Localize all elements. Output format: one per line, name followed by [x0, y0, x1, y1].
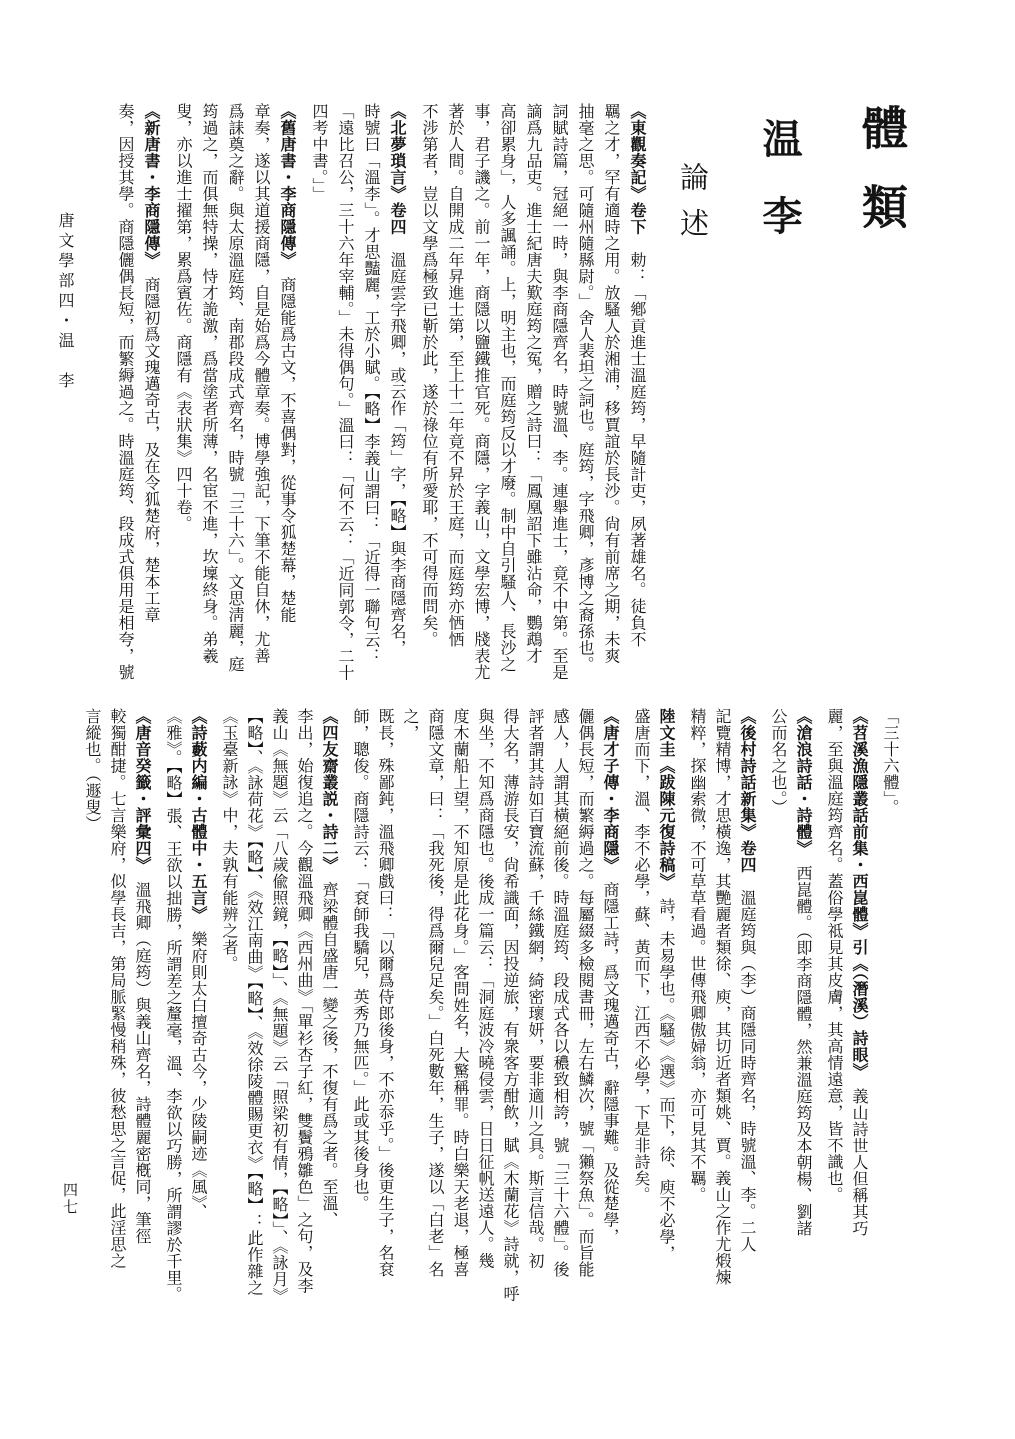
text-column: 叟，亦以進士擢第，累爲賓佐。商隱有《表狀集》四十卷。 [170, 103, 196, 695]
text-column: 時號曰「溫李」。才思豔麗，工於小賦。【略】李義山謂曰：「近得一聯句云： [358, 103, 384, 695]
text-column: 得大名，薄游長安，尙希識面，因投逆旅，有衆客方酣飲，賦《木蘭花》詩就，呼 [498, 708, 523, 1310]
chapter-subtitle: 温李 [757, 118, 801, 272]
text-column: 四考中書。」」 [306, 103, 332, 695]
body-text: 評者謂其詩如百寶流蘇，千絲鐵網，綺密瓌妍，要非適川之具。斯言信哉。初 [526, 708, 545, 1269]
text-column: 爲誄奠之辭。與太原溫庭筠、南郡段成式齊名，時號「三十六」。文思淸麗，庭 [222, 103, 248, 695]
text-column: 儷偶長短，而繁縟過之。每屬綴多檢閱書冊，左右鱗次，號「獺祭魚」。而旨能 [573, 708, 598, 1310]
text-column: 詞賦詩篇，冠絕一時，與李商隱齊名，時號溫、李。連舉進士，竟不中第。至是 [546, 103, 572, 695]
body-text: 勅：「鄕貢進士溫庭筠，早隨計吏，夙著雄名。徒負不 [628, 235, 647, 648]
body-text: 《雅》。【略】張、王欲以拙勝，所謂差之釐毫，溫、李欲以巧勝，所謂謬於千里。 [164, 708, 183, 1303]
body-text: 度木蘭船上望，不知原是此花身。」客問姓名，大驚稱罪。時白樂天老退，極喜 [451, 708, 470, 1278]
body-text: 筠過之，而俱無特操，恃才詭激，爲當塗者所薄，名宦不進，坎壈終身。弟羲 [200, 103, 219, 664]
text-column: 盛唐而下，溫、李不必學，蘇、黃而下，江西不必學，下是非詩矣。 [629, 708, 654, 1310]
body-text: 溫庭雲字飛卿，或云作「筠」字，【略】與李商隱齊名， [388, 235, 407, 656]
body-text: 爲誄奠之辭。與太原溫庭筠、南郡段成式齊名，時號「三十六」。文思淸麗，庭 [226, 103, 245, 673]
body-text: 羈之才，罕有適時之用。放騷人於湘浦，移賈誼於長沙。尙有前席之期，未爽 [602, 103, 621, 664]
body-text: 李出，始復追之。今觀溫飛卿《西州曲》「單衫杏子紅，雙鬢鴉雛色」之句，及李 [295, 708, 314, 1294]
text-column: 筠過之，而俱無特操，恃才詭激，爲當塗者所薄，名宦不進，坎壈終身。弟羲 [196, 103, 222, 695]
body-text: 詩，未易學也。《騷》《選》而下，徐、庾不必學， [657, 882, 676, 1262]
text-column: 章奏，遂以其道援商隱，自是始爲今體章奏。博學強記，下筆不能自休，尤善 [248, 103, 274, 695]
lower-text-block: 「三十六體」。《苕溪漁隱叢話前集・西崑體》引《（潛溪）詩眼》 義山詩世人但稱其巧… [80, 708, 903, 1310]
body-text: 溫庭筠與（李）商隱同時齊名，時號溫、李。二人 [738, 873, 757, 1253]
text-column: 謫爲九品吏。進士紀唐夫歎庭筠之冤，贈之詩曰：「鳳凰詔下雖沾命，鸚鵡才 [520, 103, 546, 695]
body-text: 較獨酣捷。七言樂府，似學長吉，第局脈緊慢稍殊，彼愁思之言促，此淫思之 [108, 708, 127, 1269]
body-text: 著於人間。自開成二年昇進士第，至上十二年竟不昇於王庭，而庭筠亦恓恓 [446, 103, 465, 648]
text-column: 羈之才，罕有適時之用。放騷人於湘浦，移賈誼於長沙。尙有前席之期，未爽 [598, 103, 624, 695]
text-column: 《新唐書・李商隱傳》 商隱初爲文瑰邁奇古，及在令狐楚府，楚本工章 [138, 103, 164, 695]
body-text: 儷偶長短，而繁縟過之。每屬綴多檢閱書冊，左右鱗次，號「獺祭魚」。而旨能 [576, 708, 595, 1278]
text-column: 度木蘭船上望，不知原是此花身。」客問姓名，大驚稱罪。時白樂天老退，極喜 [448, 708, 473, 1310]
text-column: 評者謂其詩如百寶流蘇，千絲鐵網，綺密瓌妍，要非適川之具。斯言信哉。初 [523, 708, 548, 1310]
text-column: 與坐，不知爲商隱也。後成一篇云：「洞庭波冷曉侵雲，日日征帆送遠人。幾 [473, 708, 498, 1310]
body-text: 言縱也。（遯叟） [83, 708, 102, 832]
source-title-text: 《四友齋叢説・詩二》 [320, 708, 339, 865]
body-text: 《玉臺新詠》中，夫孰有能辨之者。 [220, 708, 239, 972]
text-column: 麗，至與溫庭筠齊名。蓋俗學祗見其皮膚，其高情遠意，皆不識也。 [822, 708, 847, 1310]
text-column: 陸文圭《跋陳元復詩稿》 詩，未易學也。《騷》《選》而下，徐、庾不必學， [654, 708, 679, 1310]
text-column: 《後村詩話新集》卷四 溫庭筠與（李）商隱同時齊名，時號溫、李。二人 [735, 708, 760, 1310]
text-column: 著於人間。自開成二年昇進士第，至上十二年竟不昇於王庭，而庭筠亦恓恓 [442, 103, 468, 695]
body-text: 齊梁體自盛唐一變之後，不復有爲之者。至溫、 [320, 865, 339, 1228]
body-text: 商隱能爲古文，不喜偶對，從事令狐楚幕，楚能 [278, 260, 297, 623]
text-column: 義山《無題》云「八歲偸照鏡，【略】」、《無題》云「照梁初有情，【略】」、《詠月》 [267, 708, 292, 1310]
page-number: 四七 [60, 1182, 79, 1216]
text-column: 師，聰俊。商隱詩云：「袞師我驕兒，英秀乃無匹。」此或其後身也。 [348, 708, 373, 1310]
body-text: 與坐，不知爲商隱也。後成一篇云：「洞庭波冷曉侵雲，日日征帆送遠人。幾 [476, 708, 495, 1269]
text-column: 記覽精博，才思橫逸，其艷麗者類徐、庾，其切近者類姚、賈。義山之作尤煅煉 [710, 708, 735, 1310]
text-column: 公而名之也。） [766, 708, 791, 1310]
body-text: 章奏，遂以其道援商隱，自是始爲今體章奏。博學強記，下筆不能自休，尤善 [252, 103, 271, 664]
source-title-text: 《苕溪漁隱叢話前集・西崑體》引《（潛溪）詩眼》 [850, 708, 869, 1072]
body-text: 得大名，薄游長安，尙希識面，因投逆旅，有衆客方酣飲，賦《木蘭花》詩就，呼 [501, 708, 520, 1302]
body-text: 高卻累身」，人多諷誦。上，明主也，而庭筠反以才廢。制中自引騷人、長沙之 [498, 103, 517, 673]
source-title-text: 《唐音癸籤・評彙四》 [133, 708, 152, 865]
source-title-text: 《東觀奏記》卷下 [628, 103, 647, 235]
running-title: 唐文學部四・温 李 [55, 212, 75, 392]
body-text: 樂府則太白擅奇古今，少陵嗣迹《風》、 [189, 915, 208, 1221]
body-text: 商隱工詩，爲文瑰邁奇古，辭隱事難。及從楚學， [601, 865, 620, 1245]
text-column: 「三十六體」。 [878, 708, 903, 1310]
body-text: 既長，殊鄙鈍，溫飛卿戲曰：「以爾爲侍郎後身，不亦忝乎。」後更生子，名袞 [376, 708, 395, 1278]
text-column: 奏，因授其學。商隱儷偶長短，而繁縟過之。時溫庭筠、段成式俱用是相夸，號 [112, 103, 138, 695]
body-text: 義山《無題》云「八歲偸照鏡，【略】」、《無題》云「照梁初有情，【略】」、《詠月》 [270, 708, 289, 1304]
text-column: 感人，人謂其橫絕前後。時溫庭筠、段成式各以穠致相誇，號「三十六體」。後 [548, 708, 573, 1310]
body-text: 精粹，探幽索微，不可草草看過。世傳飛卿傲婦翁，亦可見其不羈。 [688, 708, 707, 1203]
body-text: 四考中書。」」 [310, 103, 329, 203]
source-title-text: 《滄浪詩話・詩體》 [794, 708, 813, 849]
body-text: 記覽精博，才思橫逸，其艷麗者類徐、庾，其切近者類姚、賈。義山之作尤煅煉 [713, 708, 732, 1286]
body-text: 事，君子譏之。前一年，商隱以鹽鐵推官死。商隱，字義山，文學宏博，牋表尤 [472, 103, 491, 681]
text-column: 事，君子譏之。前一年，商隱以鹽鐵推官死。商隱，字義山，文學宏博，牋表尤 [468, 103, 494, 695]
text-column: 《東觀奏記》卷下 勅：「鄕貢進士溫庭筠，早隨計吏，夙著雄名。徒負不 [624, 103, 650, 695]
text-column: 言縱也。（遯叟） [80, 708, 105, 1310]
text-column: 《唐音癸籤・評彙四》 溫飛卿（庭筠）與義山齊名，詩體麗密槪同，筆徑 [130, 708, 155, 1310]
text-column: 《唐才子傳・李商隱》 商隱工詩，爲文瑰邁奇古，辭隱事難。及從楚學， [598, 708, 623, 1310]
text-column: 《苕溪漁隱叢話前集・西崑體》引《（潛溪）詩眼》 義山詩世人但稱其巧 [847, 708, 872, 1310]
text-column: 【略】、《詠荷花》【略】、《效江南曲》【略】、《效徐陵體賜更衣》【略】：此作雜之 [242, 708, 267, 1310]
text-column: 《滄浪詩話・詩體》 西崑體。（即李商隱體，然兼溫庭筠及本朝楊、劉諸 [791, 708, 816, 1310]
body-text: 商隱初爲文瑰邁奇古，及在令狐楚府，楚本工章 [142, 260, 161, 623]
text-column: 高卻累身」，人多諷誦。上，明主也，而庭筠反以才廢。制中自引騷人、長沙之 [494, 103, 520, 695]
upper-text-block: 《東觀奏記》卷下 勅：「鄕貢進士溫庭筠，早隨計吏，夙著雄名。徒負不羈之才，罕有適… [112, 103, 650, 695]
text-column: 不涉第者，豈以文學爲極致已靳於此，遂於祿位有所愛耶，不可得而問矣。 [416, 103, 442, 695]
source-title-text: 《詩藪内編・古體中・五言》 [189, 708, 208, 915]
text-column: 《雅》。【略】張、王欲以拙勝，所謂差之釐毫，溫、李欲以巧勝，所謂謬於千里。 [161, 708, 186, 1310]
source-title-text: 《後村詩話新集》卷四 [738, 708, 757, 873]
text-column: 《詩藪内編・古體中・五言》 樂府則太白擅奇古今，少陵嗣迹《風》、 [186, 708, 211, 1310]
page-title: 體類 [857, 104, 907, 262]
source-title-text: 《新唐書・李商隱傳》 [142, 103, 161, 260]
body-text: 麗，至與溫庭筠齊名。蓋俗學祗見其皮膚，其高情遠意，皆不識也。 [825, 708, 844, 1203]
body-text: 商隱文章，曰：「我死後，得爲爾兒足矣。」白死數年，生子，遂以「白老」名之， [401, 708, 445, 1278]
text-column: 李出，始復追之。今觀溫飛卿《西州曲》「單衫杏子紅，雙鬢鴉雛色」之句，及李 [292, 708, 317, 1310]
source-title-text: 《舊唐書・李商隱傳》 [278, 103, 297, 260]
scanned-book-page: 體類 温李 論述 《東觀奏記》卷下 勅：「鄕貢進士溫庭筠，早隨計吏，夙著雄名。徒… [0, 0, 1015, 1439]
text-column: 「遠比召公，三十六年宰輔。」未得偶句。」溫曰：「何不云：「近同郭令，二十 [332, 103, 358, 695]
text-column: 精粹，探幽索微，不可草草看過。世傳飛卿傲婦翁，亦可見其不羈。 [685, 708, 710, 1310]
body-text: 不涉第者，豈以文學爲極致已靳於此，遂於祿位有所愛耶，不可得而問矣。 [420, 103, 439, 648]
text-column: 較獨酣捷。七言樂府，似學長吉，第局脈緊慢稍殊，彼愁思之言促，此淫思之 [105, 708, 130, 1310]
body-text: 謫爲九品吏。進士紀唐夫歎庭筠之冤，贈之詩曰：「鳳凰詔下雖沾命，鸚鵡才 [524, 103, 543, 664]
section-header: 論述 [676, 162, 709, 254]
text-column: 《四友齋叢説・詩二》 齊梁體自盛唐一變之後，不復有爲之者。至溫、 [317, 708, 342, 1310]
body-text: 溫飛卿（庭筠）與義山齊名，詩體麗密槪同，筆徑 [133, 865, 152, 1245]
text-column: 《北夢瑣言》卷四 溫庭雲字飛卿，或云作「筠」字，【略】與李商隱齊名， [384, 103, 410, 695]
body-text: 「遠比召公，三十六年宰輔。」未得偶句。」溫曰：「何不云：「近同郭令，二十 [336, 103, 355, 681]
text-column: 《玉臺新詠》中，夫孰有能辨之者。 [217, 708, 242, 1310]
source-title-text: 《北夢瑣言》卷四 [388, 103, 407, 235]
body-text: 叟，亦以進士擢第，累爲賓佐。商隱有《表狀集》四十卷。 [174, 103, 193, 532]
body-text: 西崑體。（即李商隱體，然兼溫庭筠及本朝楊、劉諸 [794, 849, 813, 1237]
body-text: 師，聰俊。商隱詩云：「袞師我驕兒，英秀乃無匹。」此或其後身也。 [351, 708, 370, 1212]
body-text: 時號曰「溫李」。才思豔麗，工於小賦。【略】李義山謂曰：「近得一聯句云： [362, 103, 381, 665]
text-column: 抽毫之思。可隨州隨縣尉。」舍人裴坦之詞也。庭筠，字飛卿，彥博之裔孫也。 [572, 103, 598, 695]
body-text: 感人，人謂其橫絕前後。時溫庭筠、段成式各以穠致相誇，號「三十六體」。後 [551, 708, 570, 1278]
body-text: 奏，因授其學。商隱儷偶長短，而繁縟過之。時溫庭筠、段成式俱用是相夸，號 [116, 103, 135, 681]
text-column: 商隱文章，曰：「我死後，得爲爾兒足矣。」白死數年，生子，遂以「白老」名之， [398, 708, 448, 1310]
body-text: 抽毫之思。可隨州隨縣尉。」舍人裴坦之詞也。庭筠，字飛卿，彥博之裔孫也。 [576, 103, 595, 673]
body-text: 義山詩世人但稱其巧 [850, 1072, 869, 1237]
body-text: 【略】、《詠荷花》【略】、《效江南曲》【略】、《效徐陵體賜更衣》【略】：此作雜之 [245, 708, 264, 1296]
body-text: 詞賦詩篇，冠絕一時，與李商隱齊名，時號溫、李。連舉進士，竟不中第。至是 [550, 103, 569, 681]
source-title-text: 陸文圭《跋陳元復詩稿》 [657, 708, 676, 882]
body-text: 「三十六體」。 [881, 708, 900, 816]
body-text: 盛唐而下，溫、李不必學，蘇、黃而下，江西不必學，下是非詩矣。 [632, 708, 651, 1203]
text-column: 《舊唐書・李商隱傳》 商隱能爲古文，不喜偶對，從事令狐楚幕，楚能 [274, 103, 300, 695]
text-column: 既長，殊鄙鈍，溫飛卿戲曰：「以爾爲侍郎後身，不亦忝乎。」後更生子，名袞 [373, 708, 398, 1310]
source-title-text: 《唐才子傳・李商隱》 [601, 708, 620, 865]
body-text: 公而名之也。） [769, 708, 788, 816]
